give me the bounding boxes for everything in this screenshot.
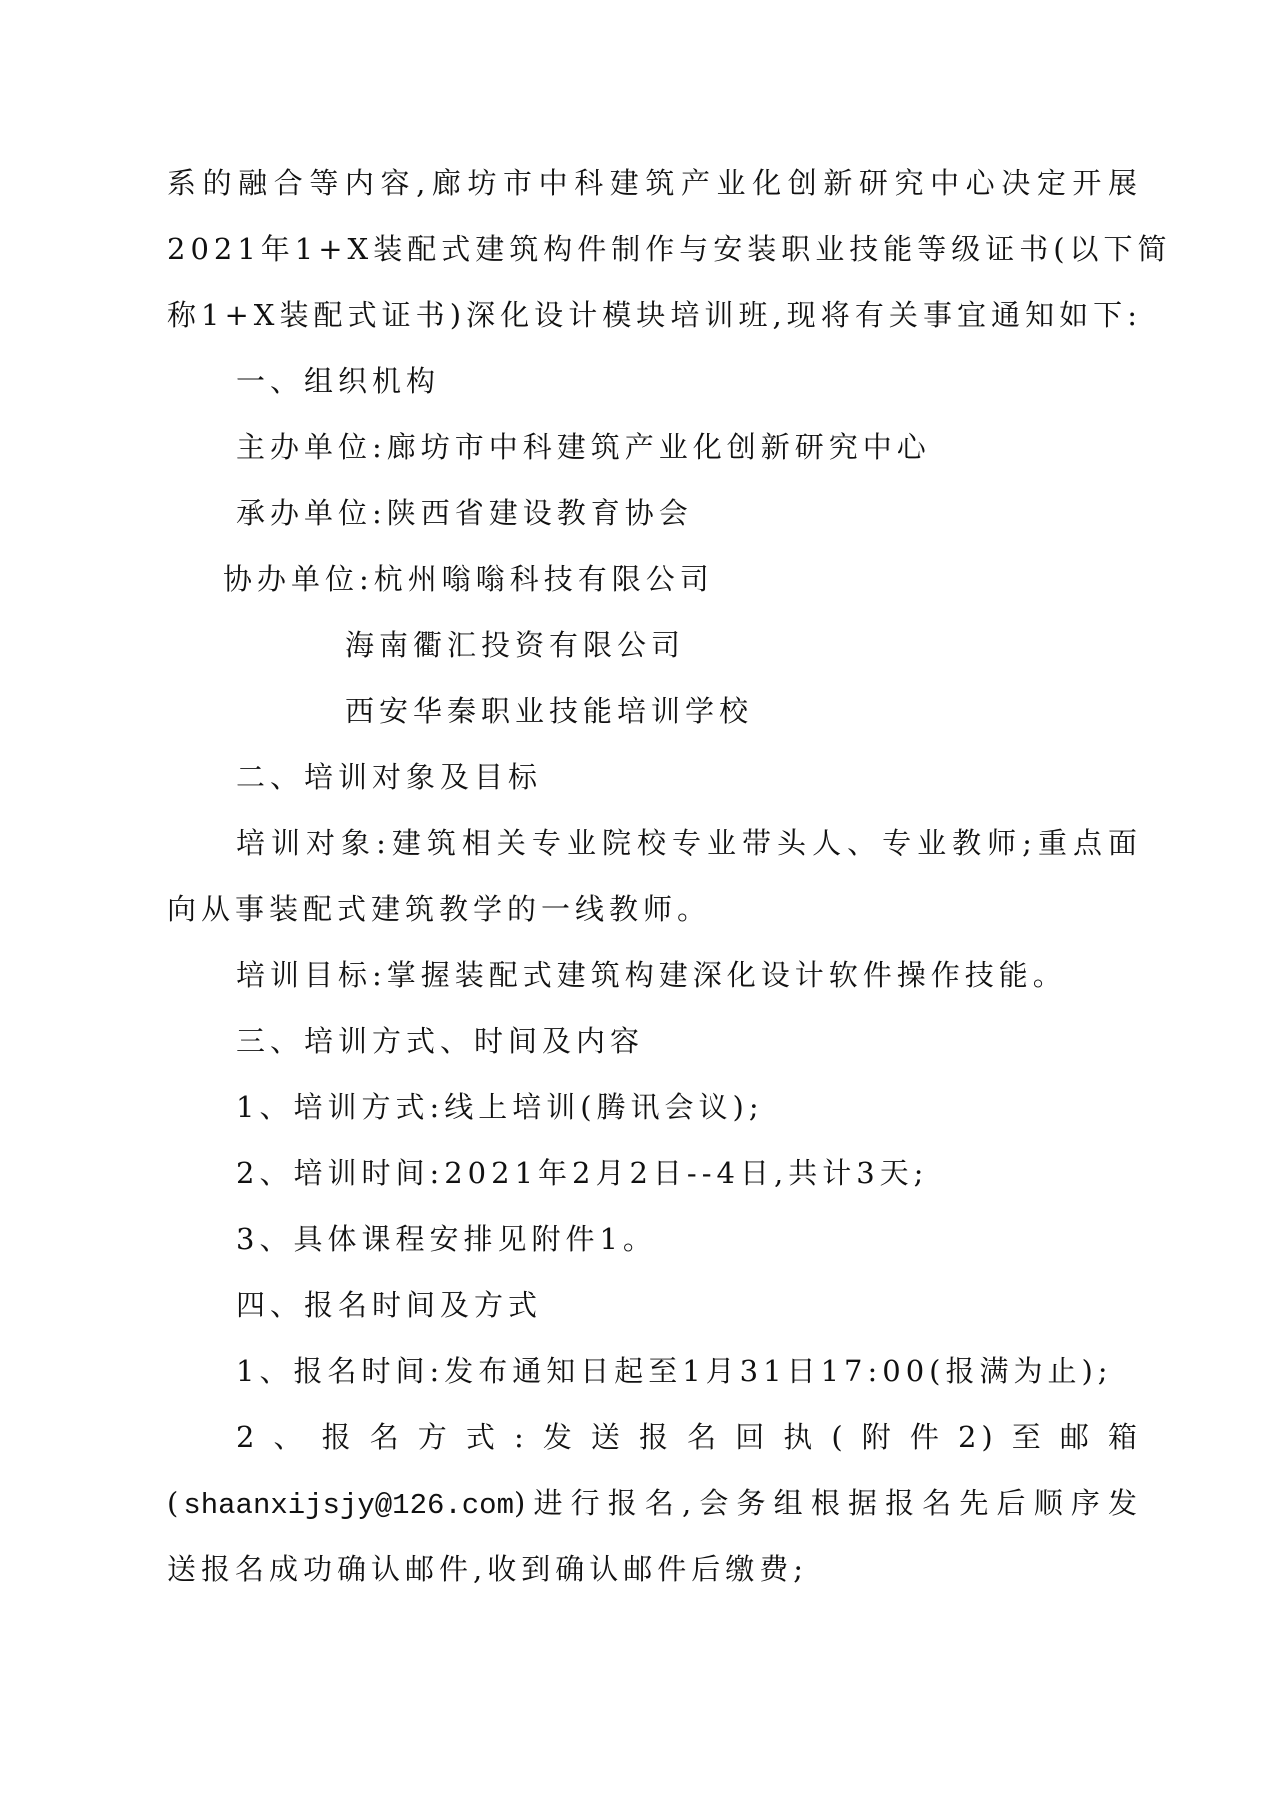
- registration-method-line-3: 送报名成功确认邮件,收到确认邮件后缴费;: [167, 1549, 808, 1589]
- training-method-item: 1、培训方式:线上培训(腾讯会议);: [236, 1087, 764, 1127]
- intro-paragraph-line-1: 系的融合等内容,廊坊市中科建筑产业化创新研究中心决定开展: [167, 163, 1142, 203]
- registration-method-line-2-rest: )进行报名,会务组根据报名先后顺序发: [514, 1486, 1142, 1520]
- training-target-line-2: 向从事装配式建筑教学的一线教师。: [167, 889, 711, 929]
- co-organizer-1: 杭州嗡嗡科技有限公司: [374, 562, 714, 596]
- training-goal: 培训目标:掌握装配式建筑构建深化设计软件操作技能。: [236, 955, 1067, 995]
- co-organizer-label: 协办单位:: [223, 562, 374, 596]
- section-4-heading: 四、报名时间及方式: [236, 1285, 542, 1325]
- document-page: 系的融合等内容,廊坊市中科建筑产业化创新研究中心决定开展 2021年1+X装配式…: [0, 0, 1280, 1811]
- section-2-heading: 二、培训对象及目标: [236, 757, 542, 797]
- section-3-heading: 三、培训方式、时间及内容: [236, 1021, 644, 1061]
- course-schedule-item: 3、具体课程安排见附件1。: [236, 1219, 657, 1259]
- section-1-heading: 一、组织机构: [236, 361, 440, 401]
- registration-method-line-2: (shaanxijsjy@126.com)进行报名,会务组根据报名先后顺序发: [167, 1483, 1142, 1523]
- intro-paragraph-line-2: 2021年1+X装配式建筑构件制作与安装职业技能等级证书(以下简: [167, 229, 1142, 269]
- training-time-item: 2、培训时间:2021年2月2日--4日,共计3天;: [236, 1153, 928, 1193]
- co-organizer-2: 海南衢汇投资有限公司: [345, 625, 685, 665]
- intro-paragraph-line-3: 称1+X装配式证书)深化设计模块培训班,现将有关事宜通知如下:: [167, 295, 1142, 335]
- registration-time-item: 1、报名时间:发布通知日起至1月31日17:00(报满为止);: [236, 1351, 1113, 1391]
- co-organizer-3: 西安华秦职业技能培训学校: [345, 691, 753, 731]
- registration-method-line-1: 2、报名方式:发送报名回执(附件2)至邮箱: [236, 1417, 1142, 1457]
- organizer-unit: 承办单位:陕西省建设教育协会: [236, 493, 693, 533]
- registration-email-link[interactable]: shaanxijsjy@126.com: [183, 1489, 514, 1522]
- host-unit: 主办单位:廊坊市中科建筑产业化创新研究中心: [236, 427, 931, 467]
- co-organizer-row: 协办单位:杭州嗡嗡科技有限公司: [223, 559, 714, 599]
- training-target-line-1: 培训对象:建筑相关专业院校专业带头人、专业教师;重点面: [236, 823, 1142, 863]
- email-paren-open: (: [167, 1486, 183, 1520]
